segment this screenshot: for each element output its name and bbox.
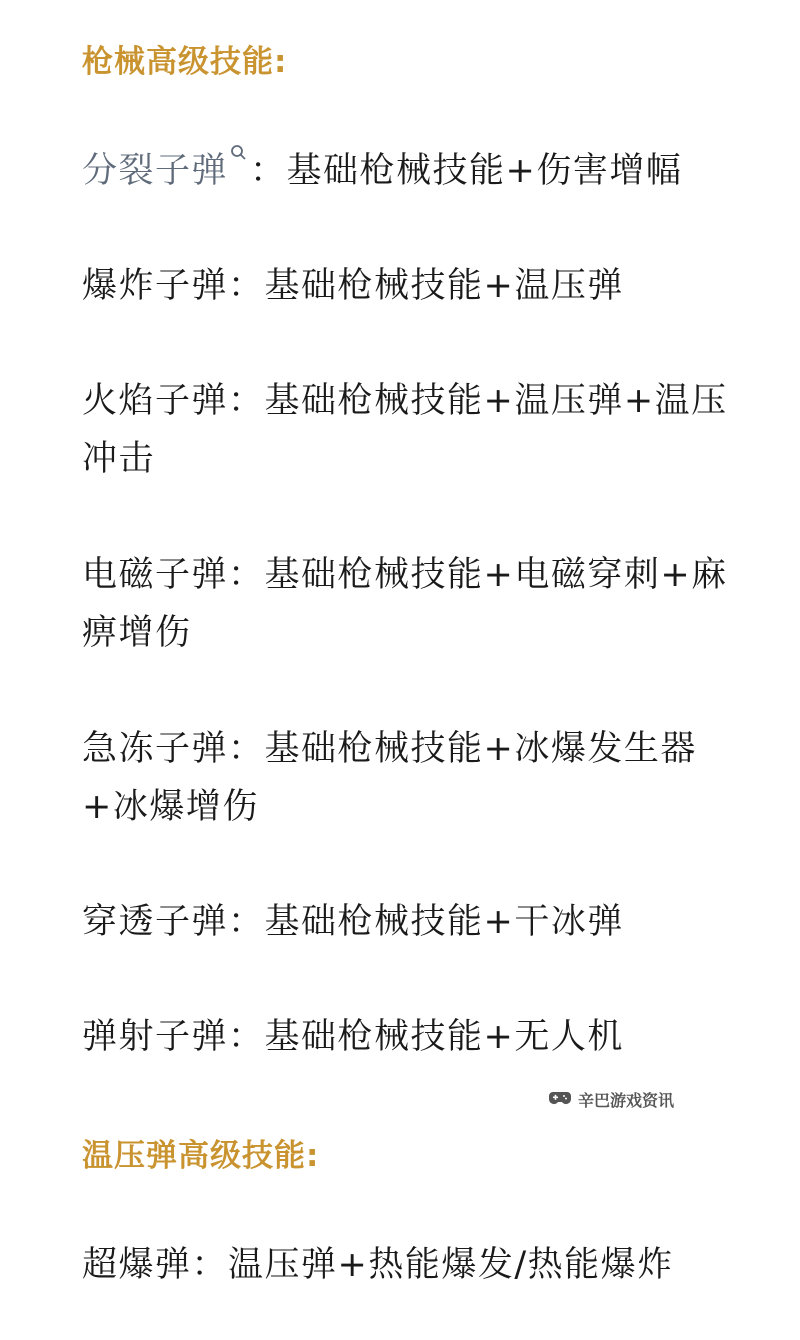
search-icon[interactable] bbox=[230, 142, 250, 166]
skill-link-split-bullet[interactable]: 分裂子弹 bbox=[82, 151, 228, 191]
skill-piercing-bullet: 穿透子弹：基础枪械技能+干冰弹 bbox=[82, 893, 732, 951]
skill-name: 爆炸子弹 bbox=[82, 266, 228, 306]
section-heading-firearm-advanced: 枪械高级技能: bbox=[82, 42, 287, 82]
section-heading-thermobaric-advanced: 温压弹高级技能: bbox=[82, 1136, 319, 1176]
skill-split-bullet: 分裂子弹：基础枪械技能+伤害增幅 bbox=[82, 142, 732, 200]
separator: ： bbox=[228, 381, 265, 421]
skill-name: 电磁子弹 bbox=[82, 555, 228, 595]
separator: ： bbox=[228, 555, 265, 595]
skill-recipe: 温压弹+热能爆发/热能爆炸 bbox=[228, 1245, 674, 1285]
skill-name: 急冻子弹 bbox=[82, 729, 228, 769]
skill-name: 火焰子弹 bbox=[82, 381, 228, 421]
separator: ： bbox=[250, 151, 287, 191]
separator: ： bbox=[228, 266, 265, 306]
separator: ： bbox=[228, 729, 265, 769]
watermark: 辛巴游戏资讯 bbox=[548, 1088, 674, 1111]
skill-name: 超爆弹 bbox=[82, 1245, 192, 1285]
skill-name: 穿透子弹 bbox=[82, 902, 228, 942]
separator: ： bbox=[228, 902, 265, 942]
skill-recipe: 基础枪械技能+伤害增幅 bbox=[287, 151, 683, 191]
skill-ricochet-bullet: 弹射子弹：基础枪械技能+无人机 bbox=[82, 1008, 732, 1066]
gamepad-icon bbox=[548, 1090, 572, 1110]
skill-recipe: 基础枪械技能+无人机 bbox=[265, 1017, 624, 1057]
skill-electromagnetic-bullet: 电磁子弹：基础枪械技能+电磁穿刺+麻痹增伤 bbox=[82, 546, 732, 662]
skill-freeze-bullet: 急冻子弹：基础枪械技能+冰爆发生器+冰爆增伤 bbox=[82, 720, 732, 836]
watermark-text: 辛巴游戏资讯 bbox=[578, 1088, 674, 1111]
skill-super-explosive: 超爆弹：温压弹+热能爆发/热能爆炸 bbox=[82, 1236, 732, 1294]
skill-flame-bullet: 火焰子弹：基础枪械技能+温压弹+温压冲击 bbox=[82, 372, 732, 488]
skill-recipe: 基础枪械技能+干冰弹 bbox=[265, 902, 624, 942]
skill-name: 弹射子弹 bbox=[82, 1017, 228, 1057]
skill-recipe: 基础枪械技能+温压弹 bbox=[265, 266, 624, 306]
skill-explosive-bullet: 爆炸子弹：基础枪械技能+温压弹 bbox=[82, 257, 732, 315]
separator: ： bbox=[192, 1245, 229, 1285]
separator: ： bbox=[228, 1017, 265, 1057]
